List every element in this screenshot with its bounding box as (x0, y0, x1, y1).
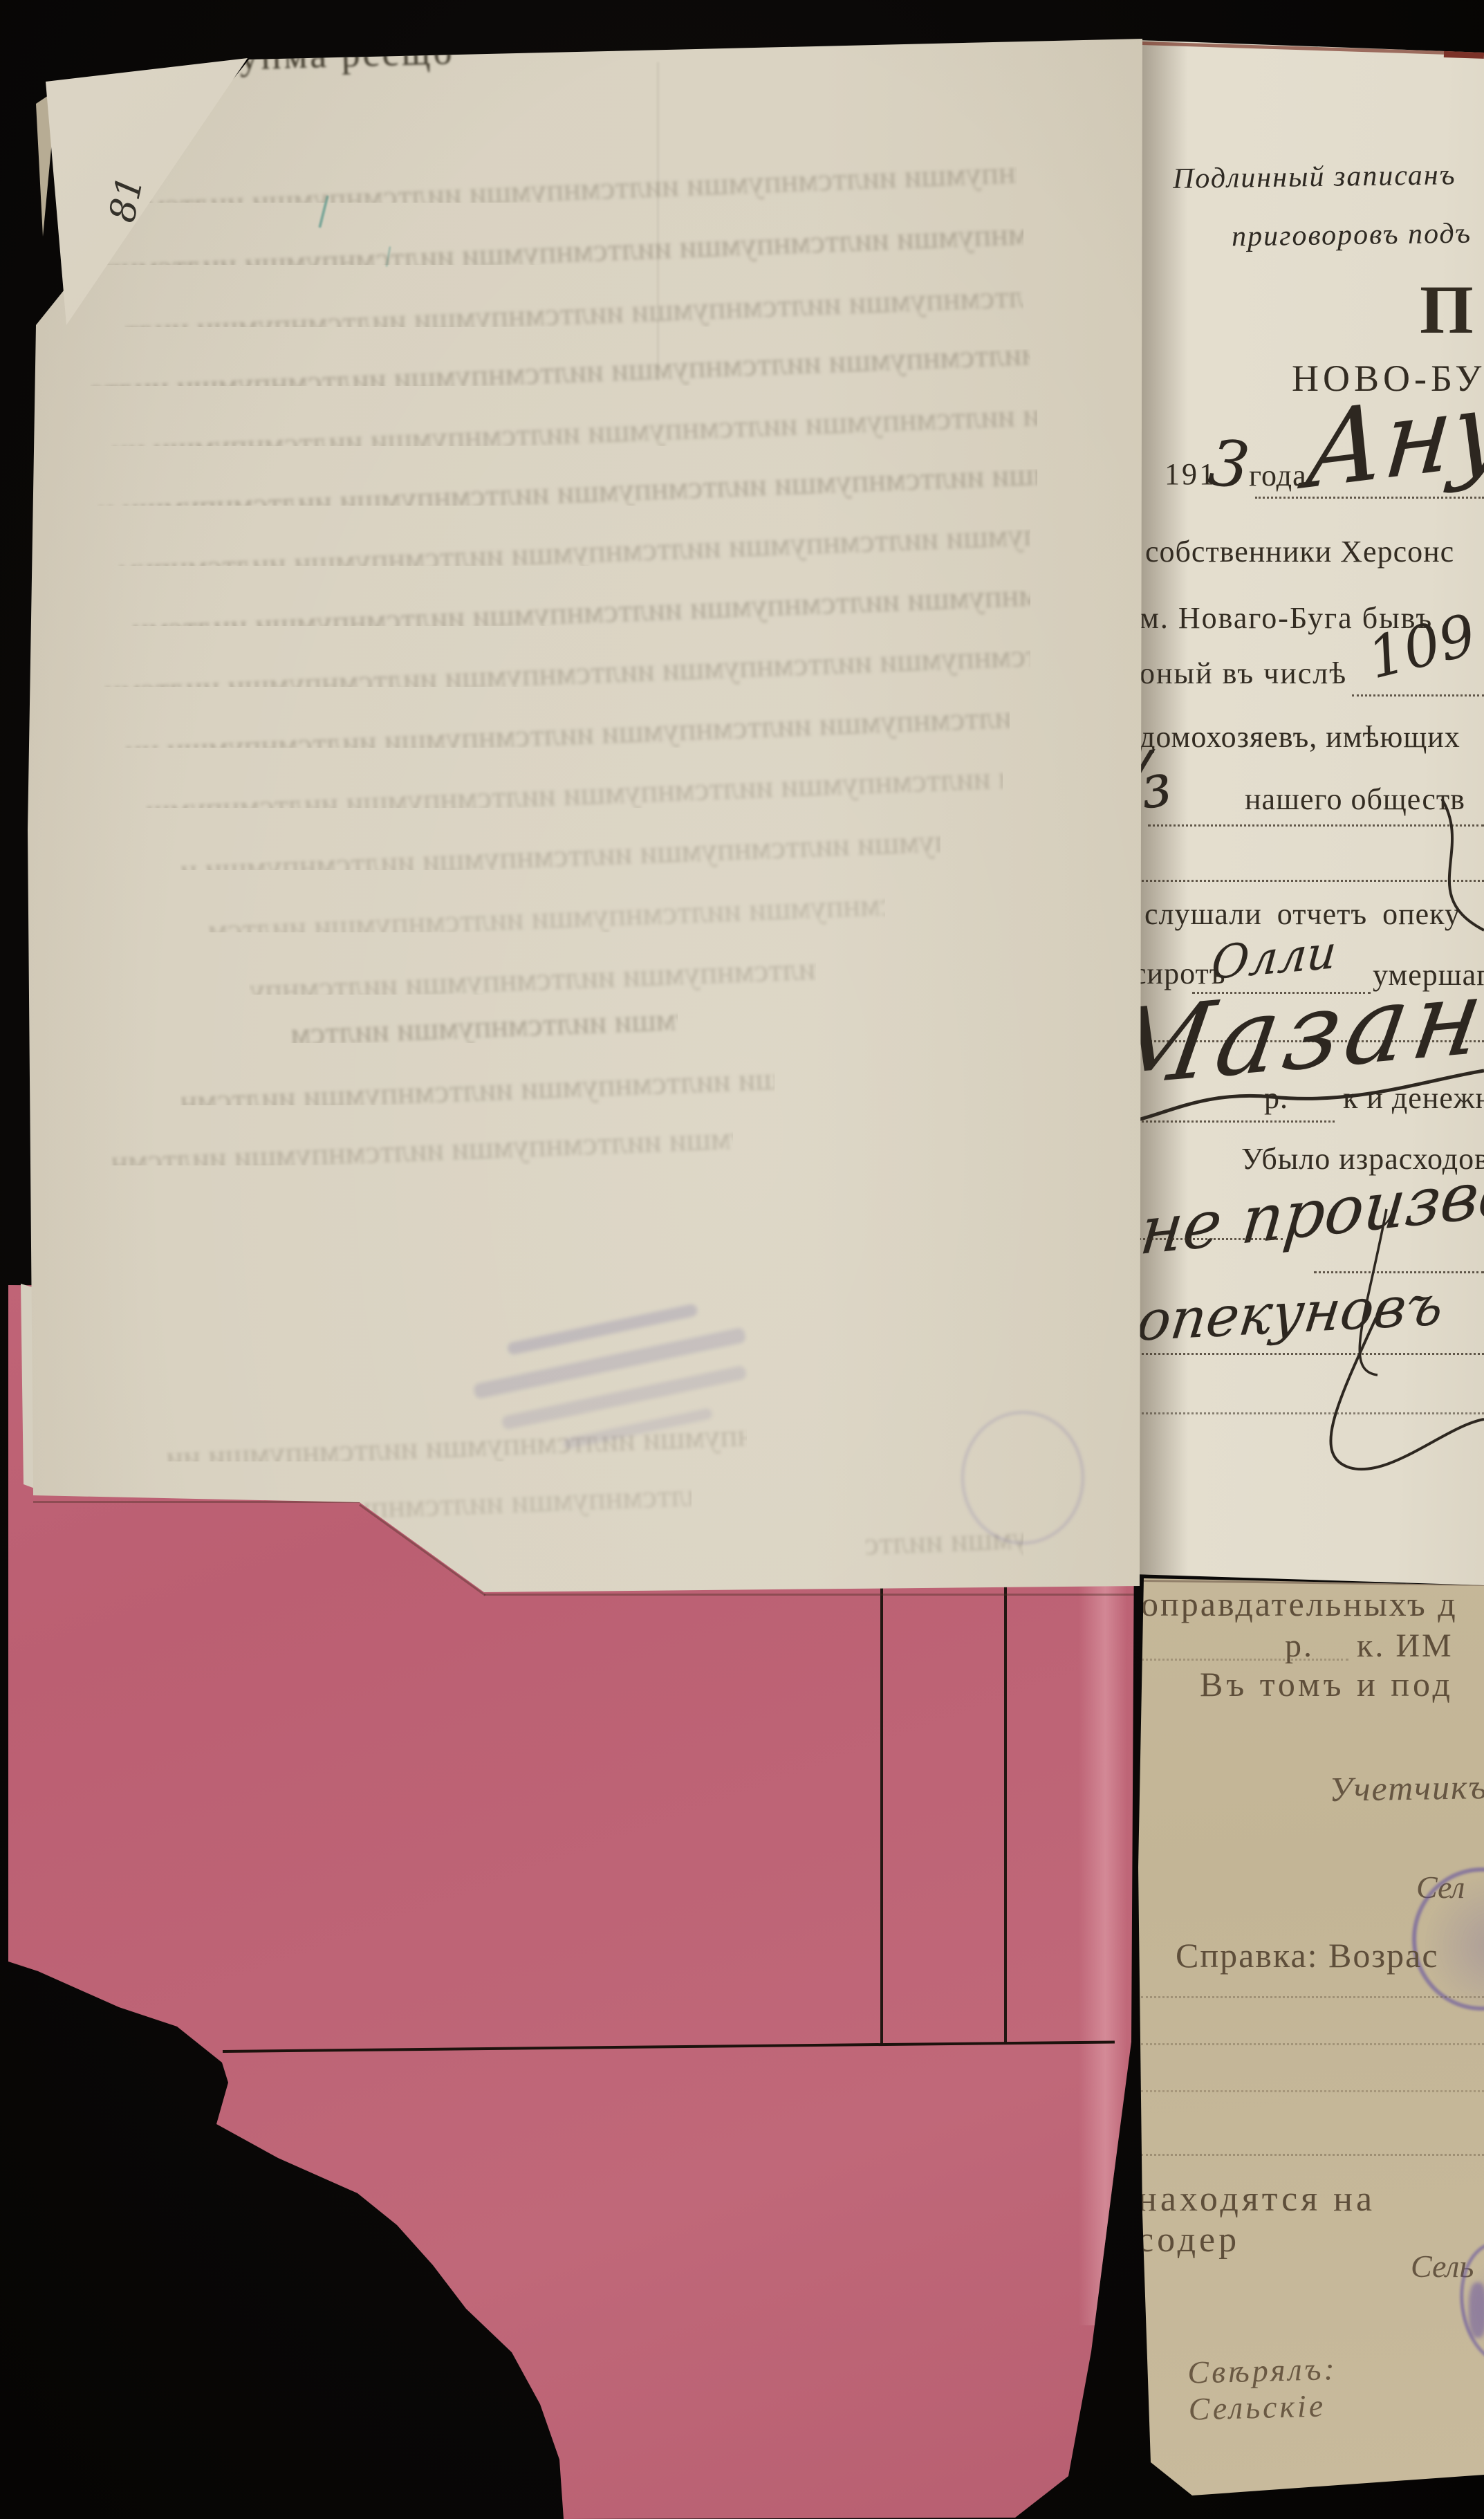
bleedthrough-line: и иилтсмнпумши иилтсмнпумши иилтсмнпумши… (145, 771, 1003, 808)
dotted-rule (1314, 1271, 1484, 1273)
pink-horizontal-rule (223, 2040, 1115, 2053)
form-line-heard: слушали отчетъ опеку (1144, 896, 1460, 932)
cream-edge-shadow-3 (484, 1594, 1140, 1596)
bleedthrough-line: илтсмнпумши иилтсмнпумши иилтсмнпумши ии… (180, 1069, 775, 1105)
faint-round-stamp (961, 1411, 1084, 1544)
dotted-rule (1134, 1120, 1335, 1123)
bleedthrough-line: мнпумши иилтсмнпумши иилтсмнпумши иилтсм… (249, 958, 816, 995)
form-year-word: года (1249, 458, 1307, 493)
bleedthrough-line: мши иилтсмнпумши иилтсмнпумши иилтсмнпум… (180, 833, 940, 870)
dotted-rule (1141, 1996, 1484, 1998)
dotted-rule (1141, 2154, 1484, 2156)
bleedthrough-line: иилтсмнпумши иилтсмнпумши иилтсмнпумши и… (111, 1129, 733, 1165)
teal-ink-mark-2 (385, 246, 391, 267)
dotted-rule (1137, 880, 1484, 882)
binding-red-edge (1141, 41, 1484, 56)
archival-document-scan: оправдательныхъ д р. к. ИМ Въ томъ и под… (0, 0, 1484, 2519)
bleedthrough-line: лтсмнпумши иилтсмнпумши иилтсмнпумши иил… (104, 650, 1030, 687)
dotted-rule (1141, 1659, 1348, 1661)
form-marginal-line1: Подлинный записанъ (1173, 158, 1456, 196)
bleedthrough-line: мнпумши иилтсмнпумши иилтсмнпумши иилтсм… (145, 166, 1017, 203)
form-kop-label: к. ИМ (1357, 1627, 1454, 1665)
pink-vertical-rule-1 (880, 1584, 883, 2045)
form-line-vouchers: оправдательныхъ д (1141, 1584, 1458, 1624)
dotted-rule (1141, 2090, 1484, 2092)
bleedthrough-line: пумши иилтсмнпумши иилтсмнпумши иилтсмнп… (207, 896, 885, 932)
handwritten-year-digit: 3 (1205, 425, 1253, 504)
page-crease (657, 62, 659, 380)
teal-ink-mark (318, 195, 328, 228)
dotted-rule (1141, 2043, 1484, 2045)
stamp-line (473, 1327, 747, 1400)
form-marginal-line2: приговоровъ подъ (1232, 217, 1472, 254)
bleedthrough-line: ши иилтсмнпумши иилтсмнпумши иилтсмнпумш… (166, 1425, 747, 1461)
dotted-rule (1134, 1353, 1484, 1355)
pink-worn-streak (1079, 1565, 1127, 2325)
form-rub-label-top: р. (1264, 1080, 1288, 1116)
bleedthrough-line: тсмнпумши иилтсмнпумши иилтсм (290, 1006, 678, 1043)
form-line-number: оный въ числѣ (1140, 656, 1347, 691)
dotted-rule (1134, 1238, 1283, 1240)
handwritten-guardians: опекуновъ (1134, 1273, 1447, 1354)
dotted-rule (1352, 694, 1484, 696)
bleedthrough-line: иилтсмнпумши иилтсмнпумши иилтсмнпумши и… (124, 711, 1010, 748)
bleedthrough-line: нпумши иилтс (864, 1522, 1023, 1558)
bleedthrough-line: смнпумши иилтсмнпумши иилтсмнпумши иилтс… (131, 589, 1030, 626)
stamp-line (562, 1408, 714, 1450)
bleedthrough-line: тсмнпумши иилтсмнпумши иилтсмнпумши иилт… (104, 228, 1023, 265)
pink-vertical-rule-2 (1004, 1584, 1007, 2045)
dotted-rule (1148, 824, 1484, 827)
form-line-auditor: Учетчикъ (1329, 1766, 1484, 1809)
faint-rotated-stamp (444, 1282, 793, 1499)
bleedthrough-line: умши иилтсмнпумши иилтсмнпумши иилтсмнпу… (97, 469, 1037, 506)
dotted-rule (1134, 1412, 1484, 1414)
bleedthrough-line: илтсмнпумши иилтсмнпумши иилтсмнпумши ии… (124, 290, 1023, 327)
violet-ink-smudge (1469, 2282, 1484, 2338)
form-line-owners: собственники Херсонс (1145, 534, 1454, 569)
form-line-verified: Свѣрялъ: Сельскіе (1187, 2346, 1484, 2427)
bleedthrough-line: нпумши иилтсмнпумши иилтсмнпумши иилтсмн… (118, 529, 1030, 566)
stamp-line (506, 1303, 698, 1356)
form-line-inthat: Въ томъ и под (1200, 1664, 1454, 1704)
form-line-society: нашего обществ (1245, 782, 1465, 817)
bleedthrough-line: иилтсмнпумши иилтсмнпумши иилтсмнпумши и… (90, 349, 1030, 386)
bleedthrough-line: ши иилтсмнпумши иилтсмнпумши иилтсмнпумш… (111, 409, 1037, 446)
form-line-reference: Справка: Возрас (1176, 1935, 1439, 1975)
form-line-householders: домохозяевъ, имѣющих (1140, 719, 1460, 755)
stamp-line (501, 1365, 747, 1430)
binding-red-corner (1444, 50, 1484, 59)
form-line-money: к и денежн (1343, 1080, 1484, 1116)
form-big-initial: П (1420, 270, 1474, 349)
dotted-rule (1255, 497, 1484, 499)
